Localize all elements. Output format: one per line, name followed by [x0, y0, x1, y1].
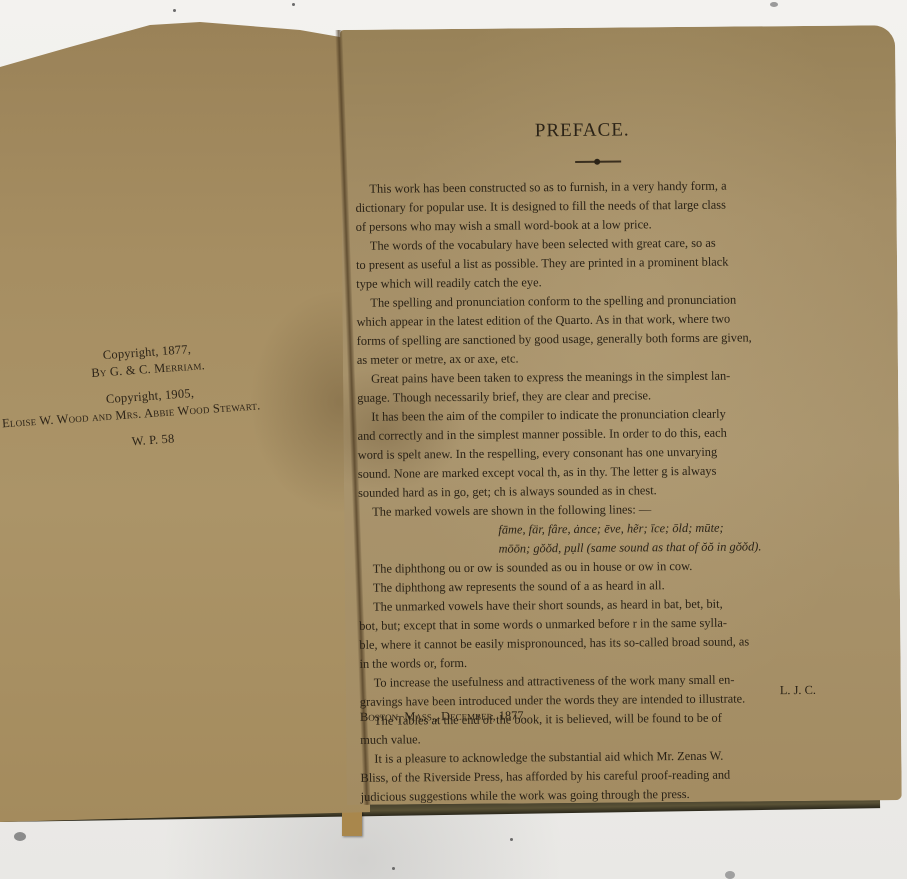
surface-speck	[392, 867, 395, 870]
page-title: PREFACE.	[535, 120, 630, 140]
author-initials: L. J. C.	[780, 681, 816, 700]
ornament-rule-icon	[575, 161, 621, 163]
surface-speck	[173, 9, 176, 12]
surface-speck	[770, 2, 778, 7]
surface-speck	[14, 832, 26, 841]
left-page: Copyright, 1877, By G. & C. Merriam. Cop…	[0, 22, 370, 822]
right-page: PREFACE. This work has been constructed …	[340, 25, 902, 805]
surface-speck	[292, 3, 295, 6]
copyright-notice: Copyright, 1877, By G. & C. Merriam. Cop…	[0, 334, 303, 460]
surface-speck	[510, 838, 513, 841]
surface-speck	[725, 871, 735, 879]
dateline: Boston, Mass., December, 1877.	[360, 706, 527, 726]
